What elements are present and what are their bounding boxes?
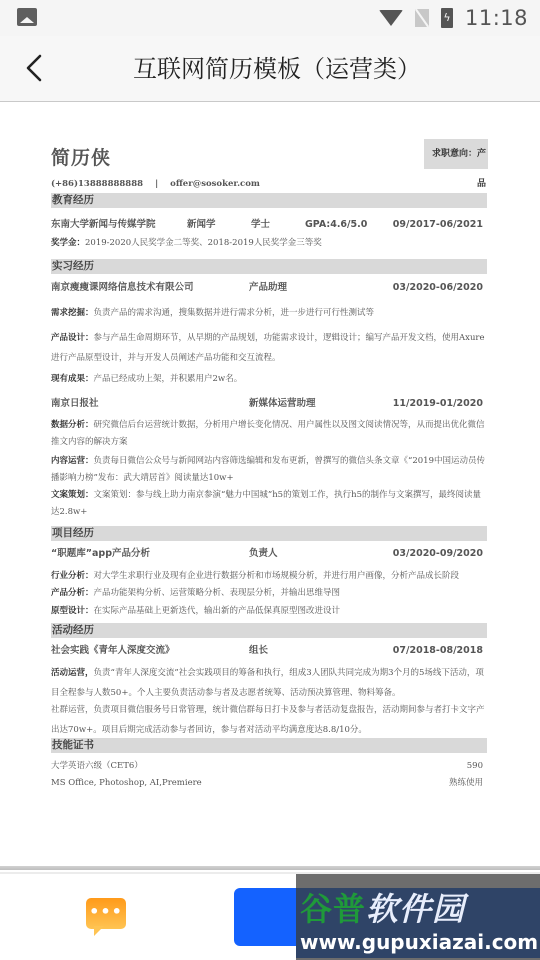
chat-bubble-tail <box>94 926 104 936</box>
status-bar: ϟ 11:18 <box>0 0 540 36</box>
activity-item: 活动运营，负责“青年人深度交流”社会实践项目的筹备和执行，组成3人团队共同完成为… <box>51 663 487 703</box>
project-role: 负责人 <box>249 547 278 561</box>
watermark-url: www.gupuxiazai.com <box>300 928 538 956</box>
gpa: GPA:4.6/5.0 <box>305 218 367 232</box>
status-icons: ϟ 11:18 <box>379 0 528 36</box>
scholarship: 奖学金：2019-2020人民奖学金二等奖、2018-2019人民奖学金三等奖 <box>51 233 487 253</box>
activity-role: 组长 <box>249 644 268 658</box>
company: 南京日报社 <box>51 397 99 411</box>
job-date: 03/2020-06/2020 <box>393 281 483 295</box>
resume-name: 简历侠 <box>51 143 111 170</box>
project-row: “职题库”app产品分析 负责人 03/2020-09/2020 <box>51 547 487 561</box>
role: 新媒体运营助理 <box>249 397 316 411</box>
battery-charging-icon: ϟ <box>441 8 453 28</box>
page-title: 互联网简历模板（运营类） <box>0 36 540 102</box>
job-intent-badge: 求职意向：产品 <box>424 139 488 169</box>
activity-row: 社会实践《青年人深度交流》 组长 07/2018-08/2018 <box>51 644 487 658</box>
contact-separator: | <box>155 179 158 189</box>
skill-row: 大学英语六级（CET6） 590 <box>51 759 487 773</box>
job-item: 文案策划：文案策划：参与线上助力南京参演“魅力中国城”h5的策划工作，执行h5的… <box>51 487 487 521</box>
project-item: 原型设计：在实际产品基础上更新迭代，输出新的产品低保真原型图改进设计 <box>51 603 487 620</box>
app-bar: 互联网简历模板（运营类） <box>0 36 540 102</box>
activity-name: 社会实践《青年人深度交流》 <box>51 644 175 658</box>
gallery-icon <box>17 8 37 26</box>
activity-date: 07/2018-08/2018 <box>393 644 483 658</box>
activity-item: 社群运营，负责项目微信服务号日常管理，统计微信群每日打卡及参与者活动复盘报告，活… <box>51 700 487 740</box>
project-item: 行业分析：对大学生求职行业及现有企业进行数据分析和市场规模分析，并进行用户画像，… <box>51 568 487 585</box>
section-project: 项目经历 <box>51 526 487 541</box>
education-row: 东南大学新闻与传媒学院 新闻学 学士 GPA:4.6/5.0 09/2017-0… <box>51 218 487 232</box>
watermark-overlay: 谷普软件园 www.gupuxiazai.com <box>296 874 540 960</box>
education-date: 09/2017-06/2021 <box>393 218 483 232</box>
job-date: 11/2019-01/2020 <box>393 397 483 411</box>
job-item: 内容运营：负责每日微信公众号与新闻网站内容筛选编辑和发布更新，曾撰写的微信头条文… <box>51 453 487 487</box>
job-row: 南京瘦瘦课网络信息技术有限公司 产品助理 03/2020-06/2020 <box>51 281 487 295</box>
chat-button[interactable]: ••• <box>86 898 126 938</box>
job-row: 南京日报社 新媒体运营助理 11/2019-01/2020 <box>51 397 487 411</box>
wifi-icon <box>379 10 403 26</box>
section-education: 教育经历 <box>51 193 487 208</box>
skill-name: MS Office, Photoshop, AI,Premiere <box>51 778 202 788</box>
company: 南京瘦瘦课网络信息技术有限公司 <box>51 281 194 295</box>
divider <box>0 866 540 870</box>
job-item: 产品设计：参与产品生命周期环节，从早期的产品规划，功能需求设计，逻辑设计；编写产… <box>51 328 487 368</box>
watermark-title: 谷普软件园 <box>300 888 465 930</box>
section-activity: 活动经历 <box>51 623 487 638</box>
clock: 11:18 <box>465 6 528 30</box>
project-item: 产品分析：产品功能架构分析、运营策略分析、表现层分析，并输出思维导图 <box>51 585 487 602</box>
ellipsis-icon: ••• <box>86 906 126 918</box>
phone: (+86)13888888888 <box>51 179 143 189</box>
school: 东南大学新闻与传媒学院 <box>51 218 156 232</box>
contact-line: (+86)13888888888|offer@sosoker.com <box>51 179 260 189</box>
skill-name: 大学英语六级（CET6） <box>51 761 143 771</box>
no-sim-icon <box>415 9 429 27</box>
email: offer@sosoker.com <box>170 179 260 189</box>
major: 新闻学 <box>187 218 216 232</box>
job-item: 数据分析：研究微信后台运营统计数据，分析用户增长变化情况、用户属性以及图文阅读情… <box>51 417 487 451</box>
job-item: 需求挖掘：负责产品的需求沟通，搜集数据并进行需求分析，进一步进行可行性测试等 <box>51 303 487 323</box>
degree: 学士 <box>251 218 270 232</box>
project-name: “职题库”app产品分析 <box>51 547 150 561</box>
skill-value: 590 <box>467 759 483 773</box>
job-item: 现有成果：产品已经成功上架，并积累用户2w名。 <box>51 369 487 389</box>
section-internship: 实习经历 <box>51 259 487 274</box>
section-skills: 技能证书 <box>51 738 487 753</box>
role: 产品助理 <box>249 281 287 295</box>
skill-row: MS Office, Photoshop, AI,Premiere 熟练使用 <box>51 776 487 790</box>
watermark-logo: 谷普软件园 www.gupuxiazai.com <box>296 888 540 958</box>
project-date: 03/2020-09/2020 <box>393 547 483 561</box>
resume-preview[interactable]: 简历侠 求职意向：产品 (+86)13888888888|offer@sosok… <box>0 103 540 867</box>
skill-value: 熟练使用 <box>449 776 483 790</box>
